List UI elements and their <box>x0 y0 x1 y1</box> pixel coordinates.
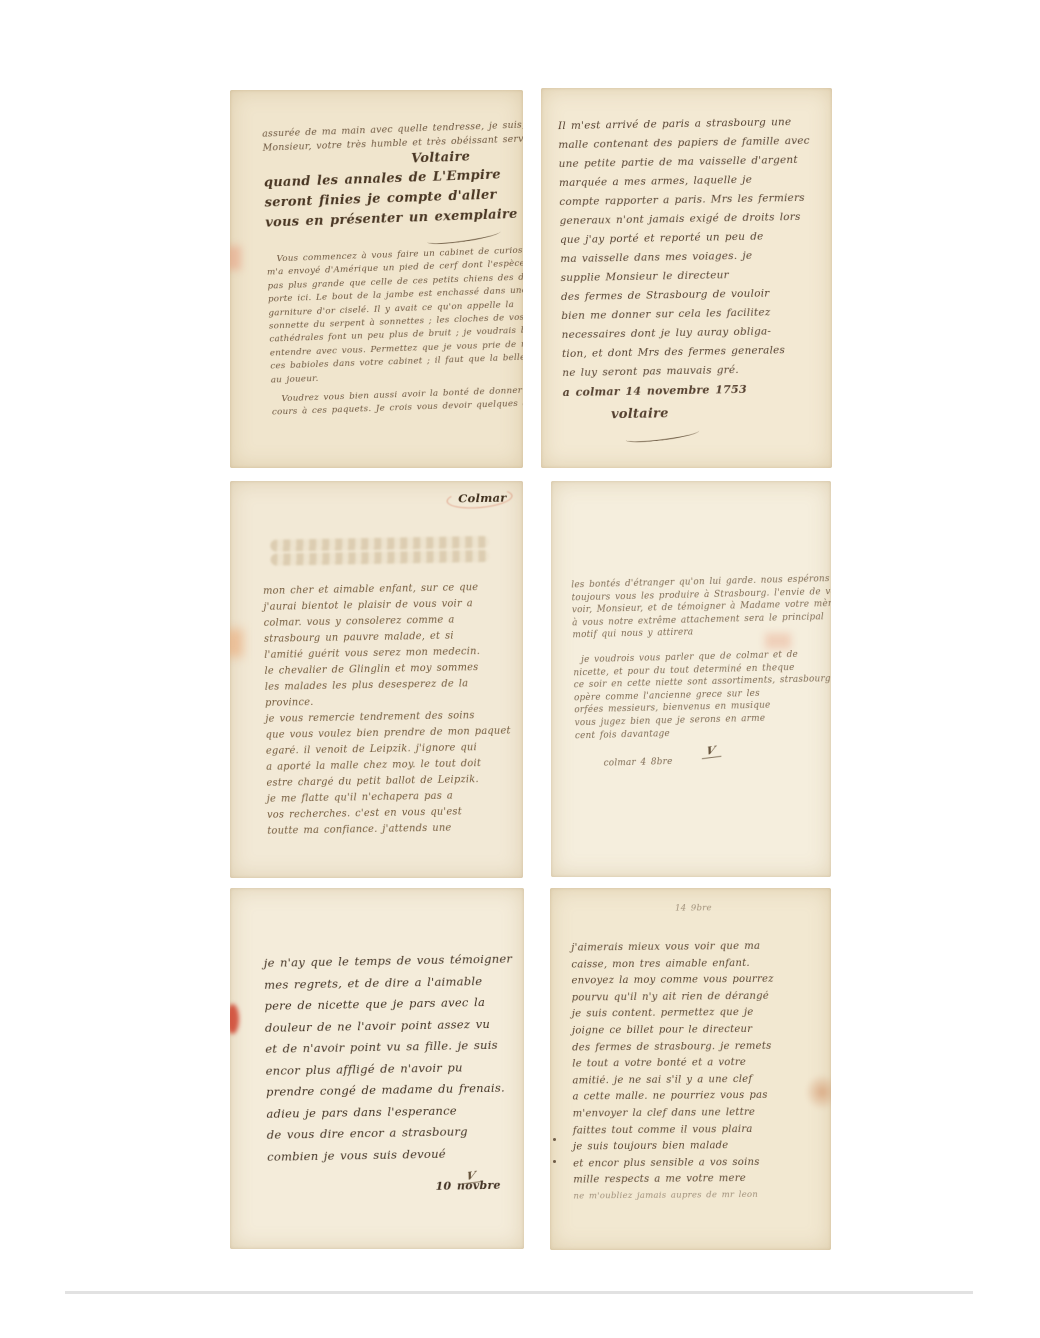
manuscript-page-1: assurée de ma main avec quelle tendresse… <box>230 90 523 468</box>
handwritten-line: a colmar 14 novembre 1753 <box>562 379 818 403</box>
ink-flourish <box>463 1164 500 1177</box>
catalog-page: { "meta": { "background_color": "#ffffff… <box>0 0 1040 1338</box>
handwriting-block: les bontés d'étranger qu'on lui garde. n… <box>551 573 831 877</box>
handwritten-line: 10 novbre <box>268 1176 501 1200</box>
manuscript-page-4: les bontés d'étranger qu'on lui garde. n… <box>551 481 831 877</box>
handwritten-line: colmar 4 8bre <box>604 753 814 771</box>
handwritten-line: voltaire <box>611 403 819 425</box>
handwritten-line: Colmar <box>261 490 506 510</box>
handwriting-block: Colmarmon cher et aimable enfant, sur ce… <box>230 481 523 878</box>
bleed-through-line <box>270 536 489 552</box>
bleed-through-line <box>270 550 489 566</box>
handwriting-block: Il m'est arrivé de paris a strasbourg un… <box>541 88 832 468</box>
handwritten-line: toutte ma confiance. j'attends une <box>267 820 512 840</box>
ink-flourish <box>625 423 819 440</box>
manuscript-page-2: Il m'est arrivé de paris a strasbourg un… <box>541 88 832 468</box>
manuscript-page-6: 14 9brej'aimerais mieux vous voir que ma… <box>550 888 831 1250</box>
manuscript-page-5: je n'ay que le temps de vous témoignerme… <box>230 888 524 1249</box>
manuscript-page-3: Colmarmon cher et aimable enfant, sur ce… <box>230 481 523 878</box>
handwritten-line: ne m'oubliez jamais aupres de mr leon <box>573 1187 818 1203</box>
handwriting-block: 14 9brej'aimerais mieux vous voir que ma… <box>550 888 831 1250</box>
ink-flourish <box>703 737 813 752</box>
handwriting-block: assurée de ma main avec quelle tendresse… <box>230 90 523 468</box>
footer-divider-line <box>65 1291 973 1294</box>
handwriting-block: je n'ay que le temps de vous témoignerme… <box>230 888 524 1249</box>
handwritten-line: 14 9bre <box>571 900 816 916</box>
